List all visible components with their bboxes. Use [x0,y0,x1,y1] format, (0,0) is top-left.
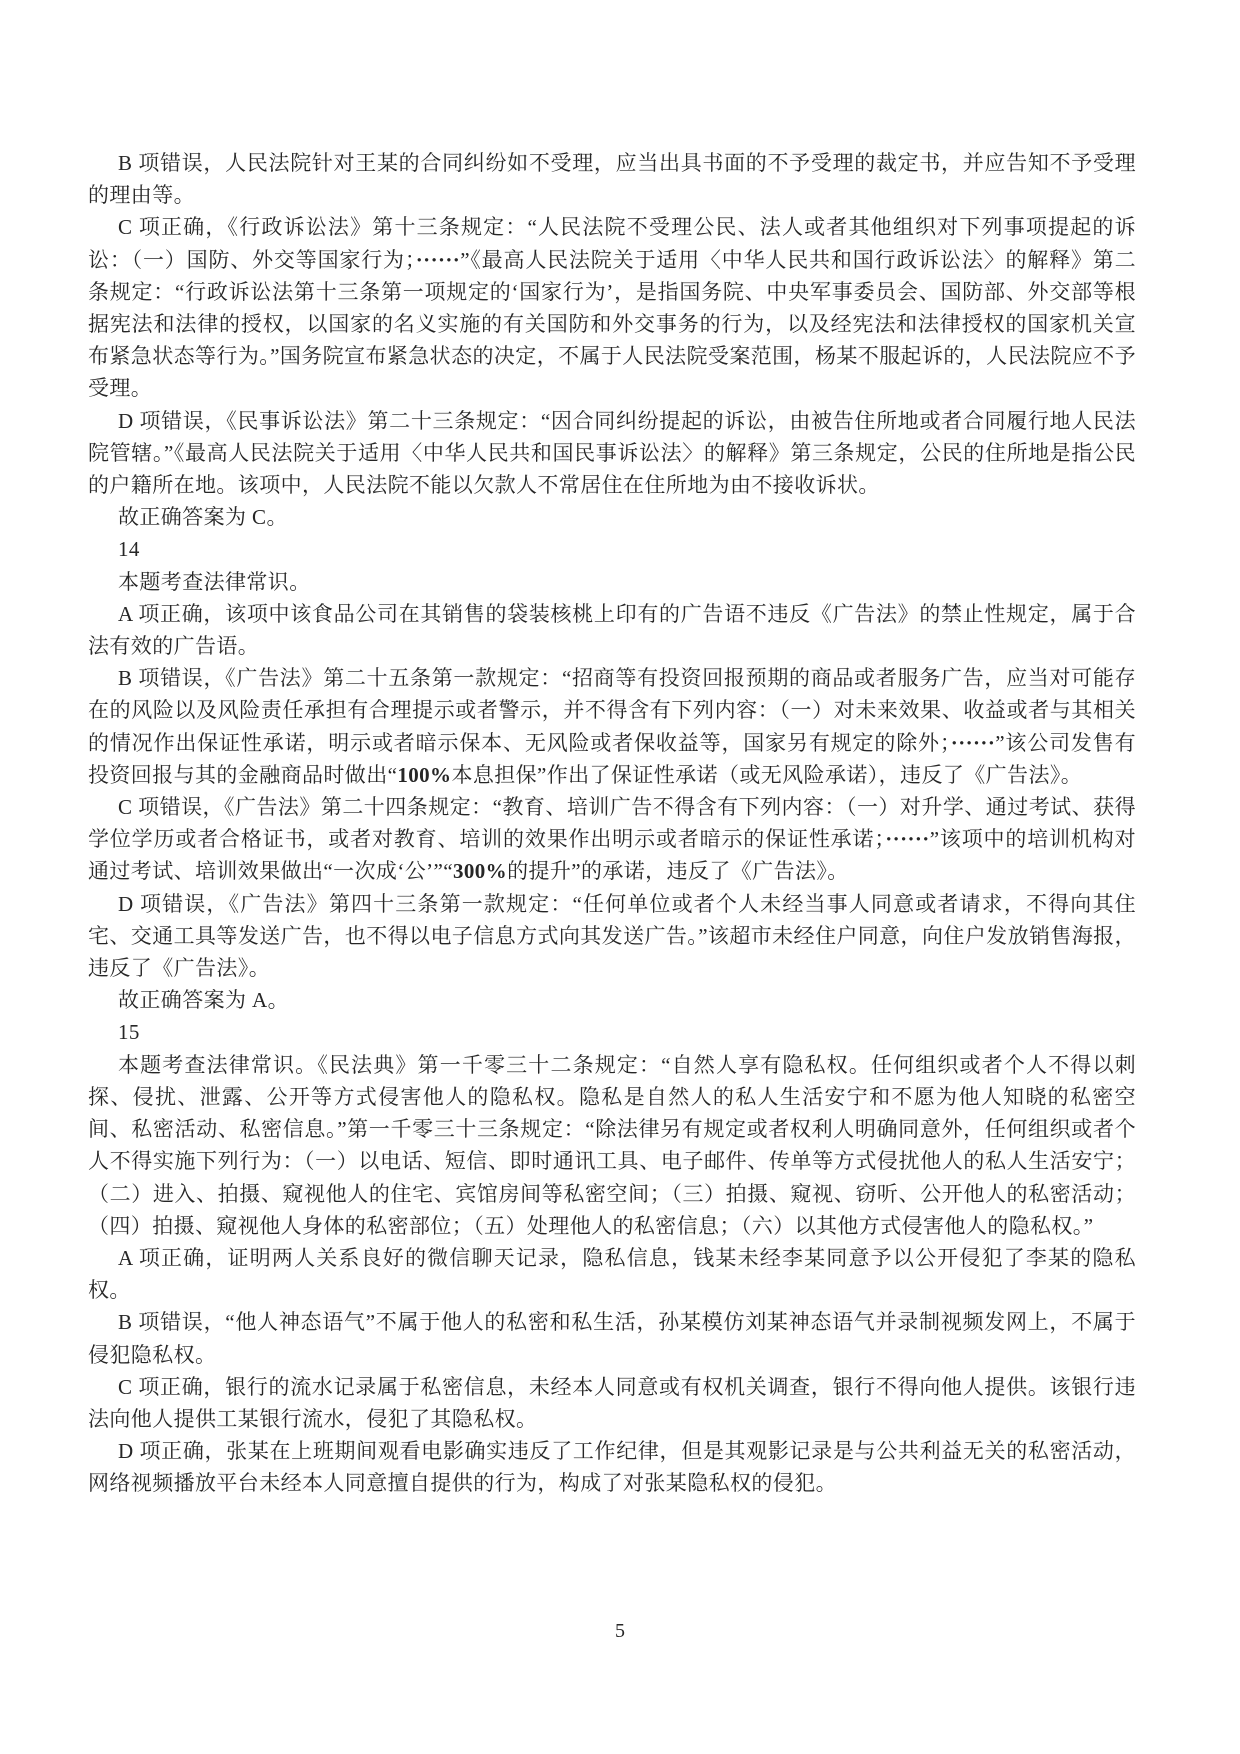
paragraph: 故正确答案为 C。 [88,501,1136,533]
paragraph: B 项错误，《广告法》第二十五条第一款规定：“招商等有投资回报预期的商品或者服务… [88,662,1136,791]
paragraph: 故正确答案为 A。 [88,984,1136,1016]
text-run: D 项错误，《广告法》第四十三条第一款规定：“任何单位或者个人未经当事人同意或者… [88,892,1136,980]
paragraph: 本题考查法律常识。 [88,566,1136,598]
paragraph: C 项正确，银行的流水记录属于私密信息，未经本人同意或有权机关调查，银行不得向他… [88,1371,1136,1435]
document-page: B 项错误，人民法院针对王某的合同纠纷如不受理，应当出具书面的不予受理的裁定书，… [0,0,1240,1754]
paragraph: B 项错误，人民法院针对王某的合同纠纷如不受理，应当出具书面的不予受理的裁定书，… [88,147,1136,211]
paragraph: 15 [88,1016,1136,1048]
paragraph: B 项错误，“他人神态语气”不属于他人的私密和私生活，孙某模仿刘某神态语气并录制… [88,1306,1136,1370]
paragraph: 本题考查法律常识。《民法典》第一千零三十二条规定：“自然人享有隐私权。任何组织或… [88,1049,1136,1242]
bold-text-run: 100% [397,763,451,787]
text-run: 故正确答案为 A。 [118,988,289,1012]
text-run: C 项正确，银行的流水记录属于私密信息，未经本人同意或有权机关调查，银行不得向他… [88,1375,1136,1431]
document-body: B 项错误，人民法院针对王某的合同纠纷如不受理，应当出具书面的不予受理的裁定书，… [88,147,1136,1500]
text-run: 的提升”的承诺，违反了《广告法》。 [507,859,849,883]
text-run: B 项错误，“他人神态语气”不属于他人的私密和私生活，孙某模仿刘某神态语气并录制… [88,1310,1136,1366]
paragraph: D 项错误，《民事诉讼法》第二十三条规定：“因合同纠纷提起的诉讼，由被告住所地或… [88,405,1136,502]
text-run: B 项错误，人民法院针对王某的合同纠纷如不受理，应当出具书面的不予受理的裁定书，… [88,151,1136,207]
bold-text-run: ······ [416,248,460,272]
text-run: 故正确答案为 C。 [118,505,288,529]
paragraph: A 项正确，证明两人关系良好的微信聊天记录，隐私信息，钱某未经李某同意予以公开侵… [88,1242,1136,1306]
paragraph: A 项正确，该项中该食品公司在其销售的袋装核桃上印有的广告语不违反《广告法》的禁… [88,598,1136,662]
bold-text-run: 300% [453,859,507,883]
page-number: 5 [0,1620,1240,1643]
bold-text-run: ······ [951,731,995,755]
text-run: A 项正确，证明两人关系良好的微信聊天记录，隐私信息，钱某未经李某同意予以公开侵… [88,1246,1136,1302]
text-run: 15 [118,1020,140,1044]
text-run: 本题考查法律常识。 [118,570,311,594]
paragraph: C 项正确，《行政诉讼法》第十三条规定：“人民法院不受理公民、法人或者其他组织对… [88,211,1136,404]
paragraph: C 项错误，《广告法》第二十四条规定：“教育、培训广告不得含有下列内容：（一）对… [88,791,1136,888]
paragraph: 14 [88,533,1136,565]
paragraph: D 项正确，张某在上班期间观看电影确实违反了工作纪律，但是其观影记录是与公共利益… [88,1435,1136,1499]
text-run: D 项正确，张某在上班期间观看电影确实违反了工作纪律，但是其观影记录是与公共利益… [88,1439,1136,1495]
text-run: 本题考查法律常识。《民法典》第一千零三十二条规定：“自然人享有隐私权。任何组织或… [88,1053,1136,1238]
paragraph: D 项错误，《广告法》第四十三条第一款规定：“任何单位或者个人未经当事人同意或者… [88,888,1136,985]
text-run: A 项正确，该项中该食品公司在其销售的袋装核桃上印有的广告语不违反《广告法》的禁… [88,602,1136,658]
text-run: 14 [118,537,140,561]
bold-text-run: ······ [885,827,929,851]
text-run: 本息担保”作出了保证性承诺（或无风险承诺），违反了《广告法》。 [451,763,1082,787]
text-run: D 项错误，《民事诉讼法》第二十三条规定：“因合同纠纷提起的诉讼，由被告住所地或… [88,409,1136,497]
